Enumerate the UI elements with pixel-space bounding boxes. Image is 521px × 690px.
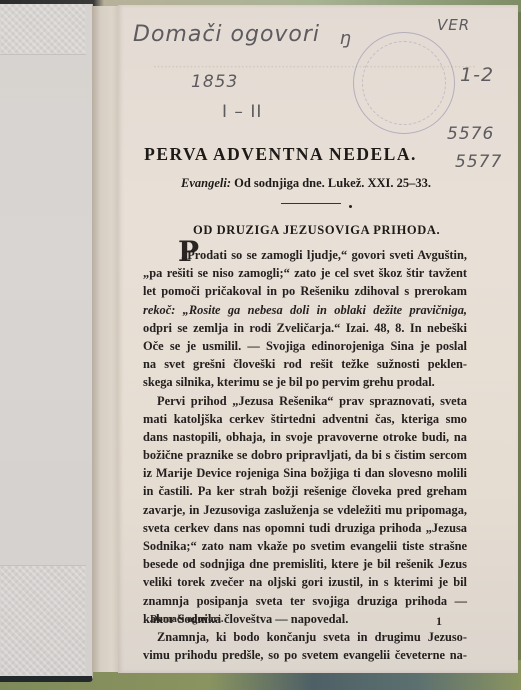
book-gutter (92, 6, 120, 672)
text-line: „pa rešiti se niso zamogli;“ zato je cel… (143, 264, 467, 282)
text-line: rekoč: „Rosite ga nebesa doli in oblaki … (143, 301, 467, 319)
handwritten-number-1: 5576 (447, 124, 494, 144)
text-line: veliki torek zvečer na oljski gori izust… (143, 573, 467, 591)
body-text: „Prodati so se zamogli ljudje,“ govori s… (143, 246, 467, 664)
text-line: in častili. Pa ker strah božji rešenige … (143, 482, 467, 500)
text-line: „Prodati so se zamogli ljudje,“ govori s… (143, 246, 467, 264)
page-title: PERVA ADVENTNA NEDELA. (0, 144, 521, 165)
text-line: Sodnika;“ zato nam vkaže po svetim evang… (143, 537, 467, 555)
text-line: besede od sodnjiga dne premisliti, ktere… (143, 555, 467, 573)
divider-dot (349, 205, 352, 208)
page-number: 1 (436, 614, 442, 629)
cover-texture-bottom (0, 565, 86, 676)
gospel-label: Evangeli: (181, 176, 231, 190)
text-line: mati katoljška cerkev štirtedni adventni… (143, 410, 467, 428)
text-line: sveta cerkev dans nas opomni tudi druzig… (143, 519, 467, 537)
book-cover (0, 4, 93, 682)
text-line: odpri se zemlja in rodi Zveličarja.“ Iza… (143, 319, 467, 337)
text-line: iz Marije Device rojeniga Sina božjiga t… (143, 464, 467, 482)
handwritten-initials: ŋ (340, 28, 352, 49)
text-line: Znamnja, ki bodo končanju sveta in drugi… (143, 628, 467, 646)
text-line: let pomoči pričakoval in po Rešeniku zdi… (143, 282, 467, 300)
text-line: Pervi prihod „Jezusa Rešenika“ prav spra… (143, 392, 467, 410)
cover-texture-top (0, 4, 86, 55)
library-stamp-icon (353, 32, 455, 134)
text-line: Oče se je usmilil. — Svojiga edinorojeni… (143, 337, 467, 355)
gospel-reference: Evangeli: Od sodnjiga dne. Lukež. XXI. 2… (181, 176, 431, 191)
handwritten-year: 1853 (191, 72, 238, 92)
text-line: dans nastopili, obhaja, in svoje pravove… (143, 428, 467, 446)
section-heading: OD DRUZIGA JEZUSOVIGA PRIHODA. (193, 223, 440, 238)
handwritten-range: 1-2 (460, 64, 494, 86)
handwritten-title: Domači ogovori (133, 22, 320, 47)
text-line: na svet grešni človeški rod rešit težke … (143, 355, 467, 373)
text-line: božične praznike se dobro pripravljati, … (143, 446, 467, 464)
text-line: zavarje, in Jezusoviga zasluženja se vde… (143, 501, 467, 519)
divider-rule (281, 203, 341, 204)
text-line: vimu prihodu predšle, so po svetem evang… (143, 646, 467, 664)
gospel-text: Od sodnjiga dne. Lukež. XXI. 25–33. (234, 176, 431, 190)
text-line: znamnja posipanja sveta ter svojiga druz… (143, 592, 467, 610)
text-line: skega silnika, kterimu se je bil po perv… (143, 373, 467, 391)
footer-running-title: Domači ogovori. (150, 614, 224, 625)
handwritten-volumes: I – II (222, 102, 262, 122)
handwritten-ver: VER (437, 16, 470, 34)
